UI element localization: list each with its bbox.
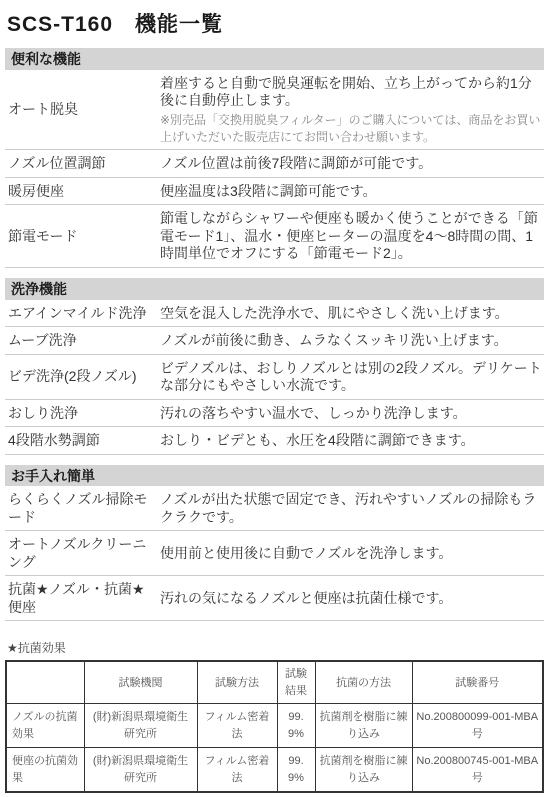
feature-row-air-in-mild-wash: エアインマイルド洗浄 空気を混入した洗浄水で、肌にやさしく洗い上げます。 xyxy=(5,300,544,328)
cell-antibacterial-method: 抗菌剤を樹脂に練り込み xyxy=(315,748,412,792)
cell-test-method: フィルム密着法 xyxy=(197,748,277,792)
cell-test-number: No.200800099-001-MBA号 xyxy=(412,704,543,748)
cell-test-result: 99.9% xyxy=(277,748,315,792)
feature-description: 節電しながらシャワーや便座も暖かく使うことができる「節電モード1」、温水・便座ヒ… xyxy=(160,210,544,263)
cell-test-result: 99.9% xyxy=(277,704,315,748)
feature-row-auto-deodorizer: オート脱臭 着座すると自動で脱臭運転を開始、立ち上がってから約1分後に自動停止し… xyxy=(5,70,544,151)
cell-row-label: ノズルの抗菌効果 xyxy=(6,704,84,748)
cell-test-institution: (財)新潟県環境衛生研究所 xyxy=(84,748,197,792)
feature-description: 汚れの落ちやすい温水で、しっかり洗浄します。 xyxy=(160,405,544,423)
antibacterial-table-caption: ★抗菌効果 xyxy=(7,639,544,656)
feature-label: らくらくノズル掃除モード xyxy=(5,491,160,526)
feature-label: オートノズルクリーニング xyxy=(5,536,160,571)
feature-label: 4段階水勢調節 xyxy=(5,432,160,450)
section-header: 便利な機能 xyxy=(5,48,544,70)
feature-row-nozzle-position: ノズル位置調節 ノズル位置は前後7段階に調節が可能です。 xyxy=(5,150,544,178)
feature-label: 暖房便座 xyxy=(5,183,160,201)
section-header: 洗浄機能 xyxy=(5,278,544,300)
feature-row-heated-seat: 暖房便座 便座温度は3段階に調節可能です。 xyxy=(5,178,544,206)
spec-page: SCS-T160 機能一覧 便利な機能 オート脱臭 着座すると自動で脱臭運転を開… xyxy=(0,0,550,797)
header-cell-test-number: 試験番号 xyxy=(412,661,543,704)
section-easy-maintenance: お手入れ簡単 らくらくノズル掃除モード ノズルが出た状態で固定でき、汚れやすいノ… xyxy=(5,465,544,622)
feature-label: 抗菌★ノズル・抗菌★便座 xyxy=(5,581,160,616)
feature-row-nozzle-cleaning-mode: らくらくノズル掃除モード ノズルが出た状態で固定でき、汚れやすいノズルの掃除もラ… xyxy=(5,486,544,531)
feature-label: オート脱臭 xyxy=(5,101,160,119)
feature-description: ノズル位置は前後7段階に調節が可能です。 xyxy=(160,155,544,173)
feature-description: 使用前と使用後に自動でノズルを洗浄します。 xyxy=(160,545,544,563)
feature-label: おしり洗浄 xyxy=(5,405,160,423)
antibacterial-table: 試験機関 試験方法 試験結果 抗菌の方法 試験番号 ノズルの抗菌効果 (財)新潟… xyxy=(5,660,544,793)
feature-description: 空気を混入した洗浄水で、肌にやさしく洗い上げます。 xyxy=(160,305,544,323)
feature-label: ノズル位置調節 xyxy=(5,155,160,173)
page-title: SCS-T160 機能一覧 xyxy=(7,8,544,38)
feature-note: ※別売品「交換用脱臭フィルター」のご購入については、商品をお買い上げいただいた販… xyxy=(160,112,544,146)
feature-row-water-pressure: 4段階水勢調節 おしり・ビデとも、水圧を4段階に調節できます。 xyxy=(5,427,544,455)
header-cell-antibacterial-method: 抗菌の方法 xyxy=(315,661,412,704)
table-row-nozzle: ノズルの抗菌効果 (財)新潟県環境衛生研究所 フィルム密着法 99.9% 抗菌剤… xyxy=(6,704,543,748)
header-cell-test-institution: 試験機関 xyxy=(84,661,197,704)
table-row-seat: 便座の抗菌効果 (財)新潟県環境衛生研究所 フィルム密着法 99.9% 抗菌剤を… xyxy=(6,748,543,792)
feature-row-move-wash: ムーブ洗浄 ノズルが前後に動き、ムラなくスッキリ洗い上げます。 xyxy=(5,327,544,355)
section-washing-functions: 洗浄機能 エアインマイルド洗浄 空気を混入した洗浄水で、肌にやさしく洗い上げます… xyxy=(5,278,544,455)
feature-description: ノズルが前後に動き、ムラなくスッキリ洗い上げます。 xyxy=(160,332,544,350)
feature-description: ノズルが出た状態で固定でき、汚れやすいノズルの掃除もラクラクです。 xyxy=(160,491,544,526)
section-header: お手入れ簡単 xyxy=(5,465,544,487)
feature-description: 便座温度は3段階に調節可能です。 xyxy=(160,183,544,201)
cell-test-institution: (財)新潟県環境衛生研究所 xyxy=(84,704,197,748)
header-cell-blank xyxy=(6,661,84,704)
feature-row-bidet-wash: ビデ洗浄(2段ノズル) ビデノズルは、おしりノズルとは別の2段ノズル。デリケート… xyxy=(5,355,544,400)
cell-row-label: 便座の抗菌効果 xyxy=(6,748,84,792)
cell-test-number: No.200800745-001-MBA号 xyxy=(412,748,543,792)
feature-row-rear-wash: おしり洗浄 汚れの落ちやすい温水で、しっかり洗浄します。 xyxy=(5,400,544,428)
feature-description: おしり・ビデとも、水圧を4段階に調節できます。 xyxy=(160,432,544,450)
feature-row-auto-nozzle-cleaning: オートノズルクリーニング 使用前と使用後に自動でノズルを洗浄します。 xyxy=(5,531,544,576)
feature-row-antibacterial: 抗菌★ノズル・抗菌★便座 汚れの気になるノズルと便座は抗菌仕様です。 xyxy=(5,576,544,621)
feature-label: エアインマイルド洗浄 xyxy=(5,305,160,323)
table-header-row: 試験機関 試験方法 試験結果 抗菌の方法 試験番号 xyxy=(6,661,543,704)
header-cell-test-result: 試験結果 xyxy=(277,661,315,704)
cell-test-method: フィルム密着法 xyxy=(197,704,277,748)
feature-description: 着座すると自動で脱臭運転を開始、立ち上がってから約1分後に自動停止します。 xyxy=(160,75,544,110)
section-convenient-functions: 便利な機能 オート脱臭 着座すると自動で脱臭運転を開始、立ち上がってから約1分後… xyxy=(5,48,544,268)
feature-row-power-save-mode: 節電モード 節電しながらシャワーや便座も暖かく使うことができる「節電モード1」、… xyxy=(5,205,544,268)
feature-description: 汚れの気になるノズルと便座は抗菌仕様です。 xyxy=(160,590,544,608)
feature-description: ビデノズルは、おしりノズルとは別の2段ノズル。デリケートな部分にもやさしい水流で… xyxy=(160,360,544,395)
header-cell-test-method: 試験方法 xyxy=(197,661,277,704)
feature-label: ビデ洗浄(2段ノズル) xyxy=(5,368,160,386)
cell-antibacterial-method: 抗菌剤を樹脂に練り込み xyxy=(315,704,412,748)
feature-label: ムーブ洗浄 xyxy=(5,332,160,350)
feature-label: 節電モード xyxy=(5,228,160,246)
